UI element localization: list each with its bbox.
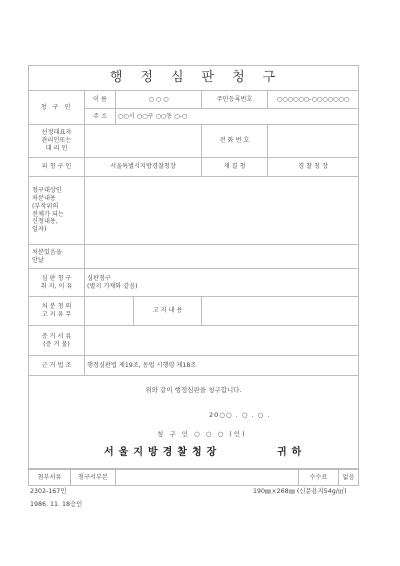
evidence-value[interactable] bbox=[85, 326, 359, 356]
notice-label-line: 처 분 청 의 bbox=[31, 303, 82, 311]
evidence-label-line: 증 거 서 류 bbox=[31, 333, 82, 341]
name-value[interactable]: ○ ○ ○ bbox=[116, 91, 202, 109]
disposition-label-line: 처분내용 bbox=[32, 195, 82, 203]
paper-spec: 190㎜×268㎜ (신문용지54g/㎡) bbox=[253, 486, 347, 495]
phone-value[interactable] bbox=[268, 125, 359, 158]
ruling-agency-label: 재 결 청 bbox=[202, 158, 268, 177]
declaration-date[interactable]: 20○○ . ○ . ○ . bbox=[209, 411, 271, 419]
declaration-addressee: 서울지방경찰청장 bbox=[104, 447, 221, 460]
disposition-label-line: 일자) bbox=[32, 226, 82, 234]
representative-label-line: 대 리 인 bbox=[31, 145, 82, 153]
notice-content-label: 고 지 내 용 bbox=[134, 297, 202, 326]
attachments-blank[interactable] bbox=[116, 470, 299, 486]
representative-value[interactable] bbox=[85, 125, 202, 158]
purpose-value-line: (별지 기재와 같음) bbox=[87, 283, 356, 291]
attachments-table: 첨부서류 청구서부본 수수료 없음 bbox=[28, 469, 359, 486]
purpose-label: 심 판 청 구 취 지, 이 유 bbox=[29, 269, 85, 297]
fee-value: 없음 bbox=[339, 470, 359, 486]
notice-value[interactable] bbox=[85, 297, 134, 326]
representative-label-line: 관리인또는 bbox=[31, 137, 82, 145]
purpose-value-line: 심판청구 bbox=[87, 275, 356, 283]
known-date-label: 처분있음을 안날 bbox=[29, 245, 85, 269]
form-title: 행정심판청구 bbox=[29, 66, 359, 91]
appeal-form: 행정심판청구 청 구 인 이 름 ○ ○ ○ 주민등록번호 ○○○○○○-○○○… bbox=[28, 65, 358, 486]
disposition-label-line: (부작위의 bbox=[32, 203, 82, 211]
rrn-label: 주민등록번호 bbox=[202, 91, 268, 109]
legal-basis-label: 근 거 법 조 bbox=[29, 356, 85, 376]
declaration-honorific: 귀하 bbox=[277, 447, 306, 460]
evidence-label: 증 거 서 류 (증 거 물) bbox=[29, 326, 85, 356]
name-label: 이 름 bbox=[85, 91, 116, 109]
declaration-signer[interactable]: 청 구 인 ○ ○ ○ (인) bbox=[157, 430, 247, 438]
fee-label: 수수료 bbox=[299, 470, 339, 486]
known-date-value[interactable] bbox=[85, 245, 359, 269]
disposition-label-line: 신청내용, bbox=[32, 218, 82, 226]
attachments-value: 청구서부본 bbox=[71, 470, 116, 486]
ruling-agency-value[interactable]: 경 찰 청 장 bbox=[268, 158, 359, 177]
evidence-label-line: (증 거 물) bbox=[31, 341, 82, 349]
purpose-label-line: 취 지, 이 유 bbox=[31, 283, 82, 291]
purpose-value[interactable]: 심판청구 (별지 기재와 같음) bbox=[85, 269, 359, 297]
approval-date: 1986. 11. 18승인 bbox=[30, 499, 82, 508]
notice-content-value[interactable] bbox=[202, 297, 359, 326]
address-label: 주 소 bbox=[85, 109, 116, 125]
purpose-label-line: 심 판 청 구 bbox=[31, 275, 82, 283]
notice-label-line: 고 지 유 무 bbox=[31, 311, 82, 319]
representative-label-line: 선정대표자 bbox=[31, 129, 82, 137]
respondent-label: 피 청 구 인 bbox=[29, 158, 85, 177]
representative-label: 선정대표자 관리인또는 대 리 인 bbox=[29, 125, 85, 158]
declaration-statement: 위와 같이 행정심판을 청구합니다. bbox=[29, 386, 358, 394]
disposition-label-line: 청구대상인 bbox=[32, 187, 82, 195]
claimant-label: 청 구 인 bbox=[29, 91, 85, 125]
phone-label: 전 화 번 호 bbox=[202, 125, 268, 158]
disposition-label: 청구대상인 처분내용 (부작위의 전체가 되는 신청내용, 일자) bbox=[29, 177, 85, 245]
known-date-label-line: 처분있음을 bbox=[32, 249, 82, 257]
address-value[interactable]: ○○시 ○○구 ○○동 ○-○ bbox=[116, 109, 359, 125]
disposition-value[interactable] bbox=[85, 177, 359, 245]
legal-basis-value: 행정심판법 제19조, 동법 시행령 제18조 bbox=[85, 356, 359, 376]
rrn-value[interactable]: ○○○○○○-○○○○○○○ bbox=[268, 91, 359, 109]
respondent-value[interactable]: 서울특별시지방경찰청장 bbox=[85, 158, 202, 177]
known-date-label-line: 안날 bbox=[32, 257, 82, 265]
attachments-label: 첨부서류 bbox=[29, 470, 71, 486]
declaration-block: 위와 같이 행정심판을 청구합니다. 20○○ . ○ . ○ . 청 구 인 … bbox=[29, 376, 359, 469]
form-number: 2302-167민 bbox=[30, 486, 66, 495]
notice-label: 처 분 청 의 고 지 유 무 bbox=[29, 297, 85, 326]
form-table: 행정심판청구 청 구 인 이 름 ○ ○ ○ 주민등록번호 ○○○○○○-○○○… bbox=[28, 65, 359, 469]
